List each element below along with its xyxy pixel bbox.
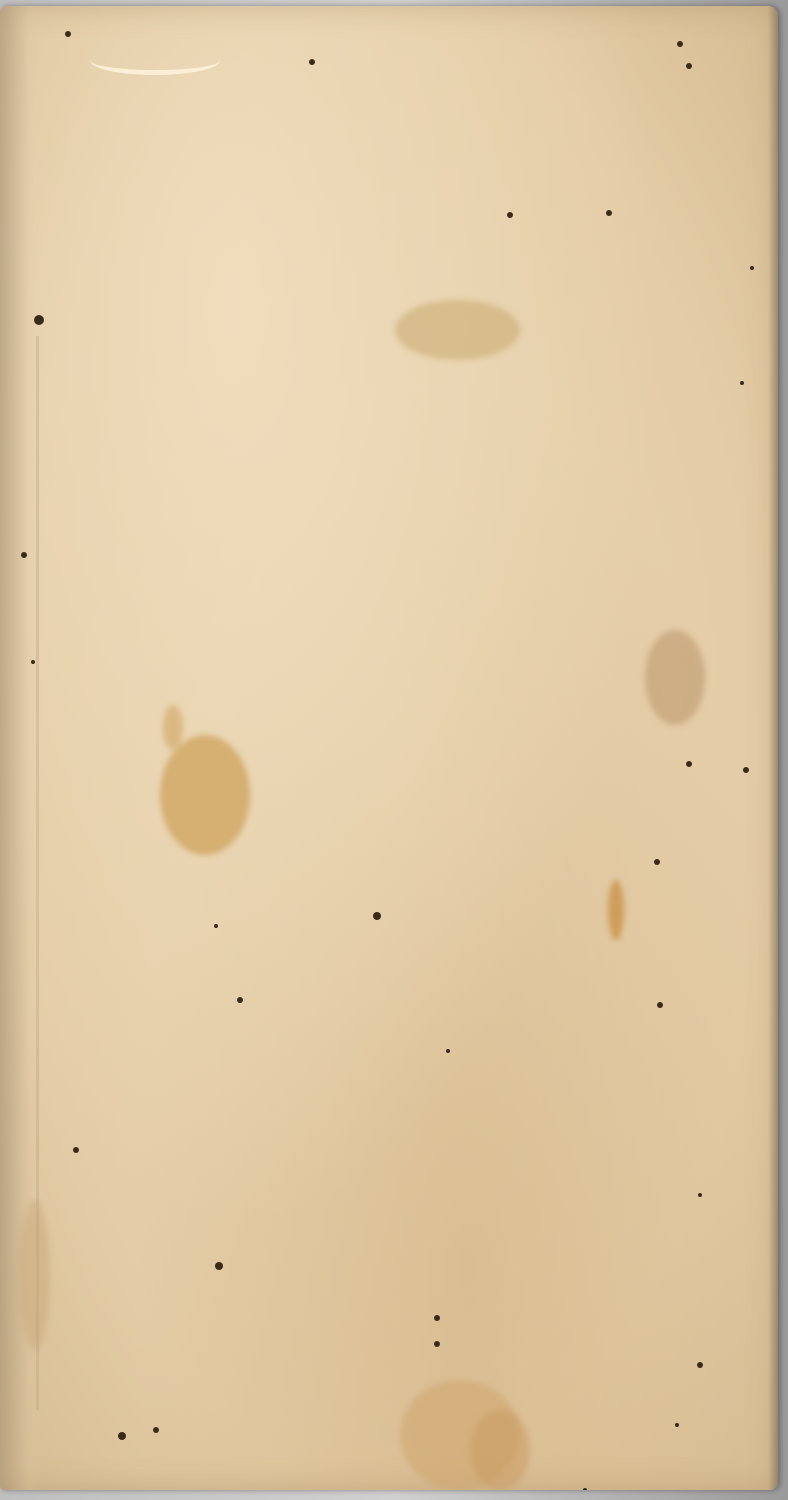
stain [395,300,520,360]
foxing-spot [654,859,660,865]
foxing-spot [215,1262,223,1270]
foxing-spot [583,1488,587,1490]
foxing-spot [657,1002,663,1008]
stain [160,735,250,855]
right-edge-shadow [768,6,778,1490]
foxing-spot [697,1362,703,1368]
foxing-spot [698,1193,702,1197]
foxing-spot [373,912,381,920]
foxing-spot [237,997,243,1003]
foxing-spot [34,315,44,325]
foxing-spot [118,1432,126,1440]
stain [20,1200,50,1350]
foxing-spot [446,1049,450,1053]
foxing-spot [675,1423,679,1427]
foxing-spot [73,1147,79,1153]
stain [608,880,624,940]
foxing-spot [434,1341,440,1347]
top-crease [90,46,220,75]
foxing-spot [743,767,749,773]
foxing-spot [434,1315,440,1321]
book-cover [0,6,778,1490]
foxing-spot [750,266,754,270]
foxing-spot [686,63,692,69]
foxing-spot [309,59,315,65]
foxing-spot [606,210,612,216]
stain [470,1410,530,1490]
foxing-spot [214,924,218,928]
foxing-spot [31,660,35,664]
foxing-spot [65,31,71,37]
foxing-spot [21,552,27,558]
foxing-spot [677,41,683,47]
foxing-spot [153,1427,159,1433]
stain [163,705,183,750]
foxing-spot [740,381,744,385]
foxing-spot [507,212,513,218]
foxing-spot [686,761,692,767]
stain [645,630,705,725]
